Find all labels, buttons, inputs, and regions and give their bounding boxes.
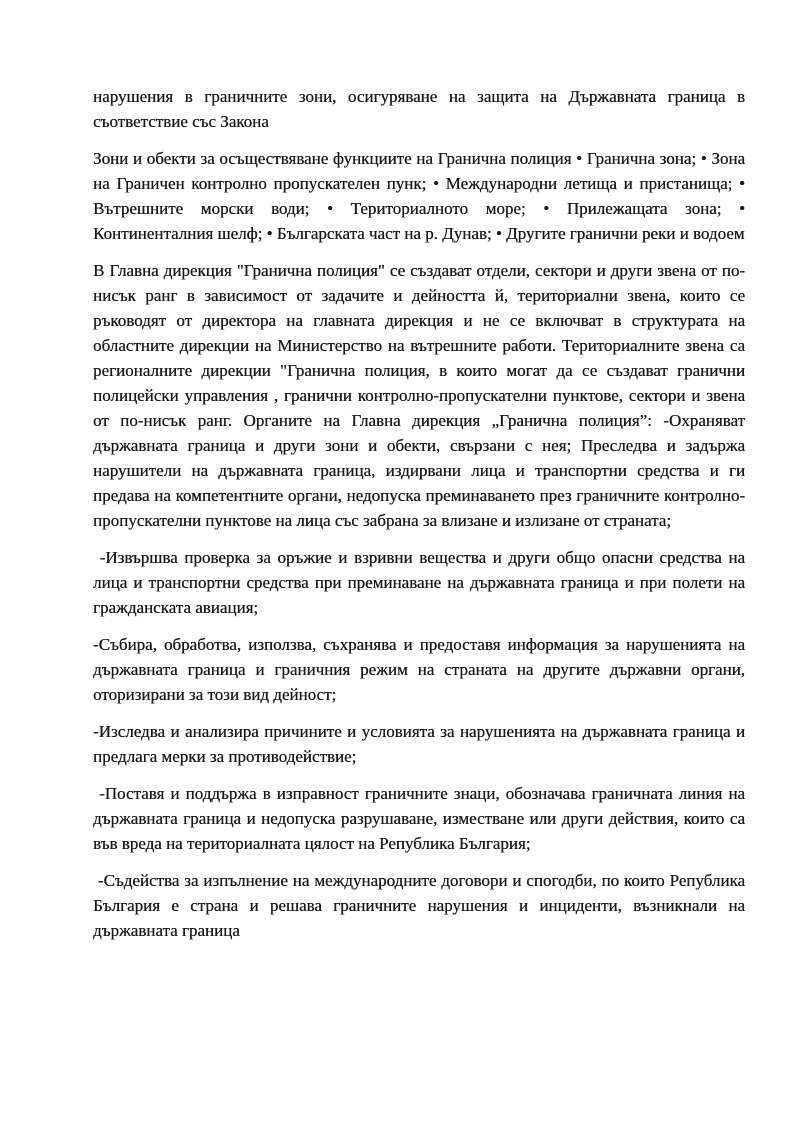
paragraph-duty-treaties: -Съдейства за изпълнение на международни…: [93, 868, 745, 943]
paragraph-duty-information: -Събира, обработва, използва, съхранява …: [93, 632, 745, 707]
paragraph-intro: нарушения в граничните зони, осигуряване…: [93, 84, 745, 134]
paragraph-main-directorate: В Главна дирекция "Гранична полиция" се …: [93, 258, 745, 533]
document-page: нарушения в граничните зони, осигуряване…: [93, 84, 745, 955]
paragraph-duty-border-signs: -Поставя и поддържа в изправност граничн…: [93, 781, 745, 856]
paragraph-zones-list: Зони и обекти за осъществяване функциите…: [93, 146, 745, 246]
paragraph-duty-inspections: -Извършва проверка за оръжие и взривни в…: [93, 545, 745, 620]
paragraph-duty-analysis: -Изследва и анализира причините и услови…: [93, 719, 745, 769]
